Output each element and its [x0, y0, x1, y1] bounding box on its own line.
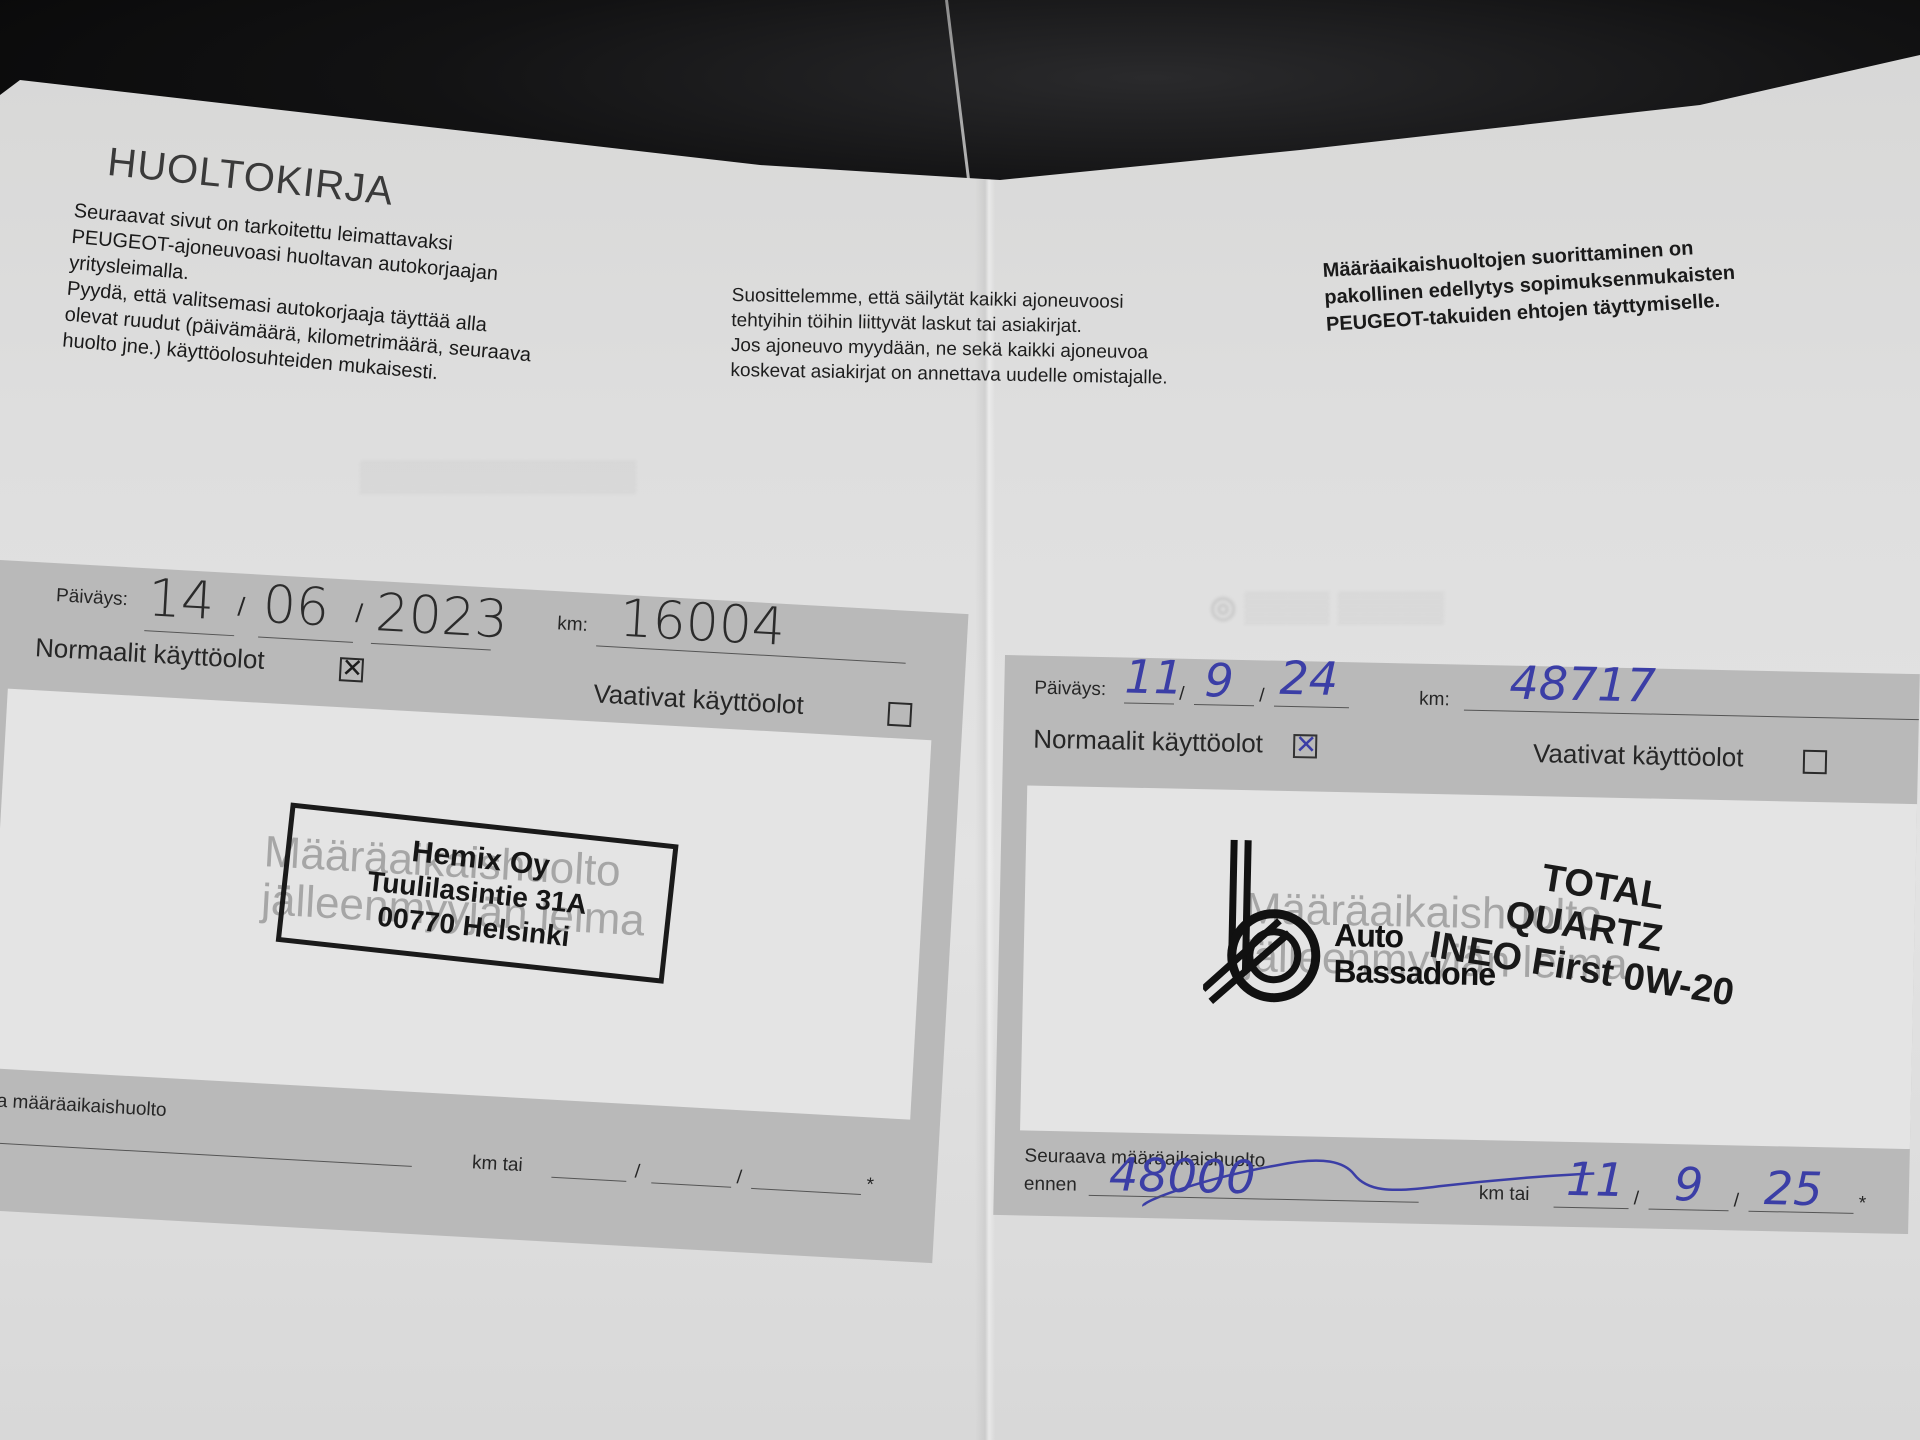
date-separator: /	[1634, 1188, 1640, 1210]
next-service-label: raava määräaikaishuolto	[0, 1089, 167, 1123]
intro-text-left: Seuraavat sivut on tarkoitettu leimattav…	[61, 198, 712, 409]
km-or-label: km tai	[471, 1152, 523, 1177]
next-service-km-value: 48000	[1109, 1147, 1256, 1204]
date-month-value: 06	[261, 575, 330, 639]
date-separator: /	[736, 1167, 743, 1189]
asterisk: *	[866, 1174, 875, 1196]
service-entry-2: Päiväys: 11 / 9 / 24 km: 48717 Normaalit…	[993, 655, 1920, 1234]
normal-conditions-checkbox[interactable]: ✕	[1293, 734, 1317, 758]
next-date-year-line	[751, 1188, 861, 1195]
demanding-conditions-checkbox[interactable]	[887, 702, 912, 727]
check-mark-icon: ✕	[1295, 731, 1317, 757]
date-year-line	[1274, 706, 1349, 709]
km-line	[1464, 710, 1919, 721]
bleed-through-stamp: ◎ ▒▒▒▒ ▒▒▒▒▒	[1210, 590, 1444, 625]
date-label: Päiväys:	[1034, 678, 1106, 701]
km-or-label: km tai	[1479, 1183, 1530, 1206]
date-separator: /	[634, 1161, 641, 1183]
next-date-month-line	[651, 1182, 731, 1187]
normal-conditions-label: Normaalit käyttöolot	[34, 632, 265, 676]
date-year-value: 24	[1279, 651, 1339, 706]
date-separator: /	[1259, 685, 1265, 707]
asterisk: *	[1858, 1193, 1866, 1215]
next-date-month-value: 9	[1674, 1157, 1704, 1212]
next-service-km-line	[0, 1143, 412, 1167]
intro-text-right: Määräaikaishuoltojen suorittaminen on pa…	[1322, 223, 1906, 339]
check-mark-icon: ✕	[341, 654, 364, 681]
date-label: Päiväys:	[55, 585, 128, 611]
next-date-year-value: 25	[1763, 1161, 1823, 1216]
service-entry-1: Päiväys: 14 / 06 / 2023 km: 16004 Normaa…	[0, 560, 968, 1263]
dealer-stamp-hemix: Hemix Oy Tuulilasintie 31A 00770 Helsink…	[276, 803, 679, 984]
before-label: ennen	[1024, 1174, 1077, 1197]
dealer-stamp-area: Määräaikaishuolto jälleenmyyjän leima Au…	[1020, 785, 1917, 1149]
date-year-value: 2023	[374, 583, 509, 650]
normal-conditions-label: Normaalit käyttöolot	[1033, 724, 1263, 760]
km-label: km:	[1419, 689, 1450, 712]
km-label: km:	[557, 613, 589, 637]
date-separator: /	[1179, 684, 1185, 706]
normal-conditions-checkbox[interactable]: ✕	[339, 657, 364, 682]
demanding-conditions-checkbox[interactable]	[1803, 750, 1827, 774]
auto-bassadone-logo-icon	[1203, 839, 1347, 1012]
date-day-value: 11	[1124, 650, 1184, 705]
left-page: HUOLTOKIRJA Seuraavat sivut on tarkoitet…	[0, 0, 980, 1440]
demanding-conditions-label: Vaativat käyttöolot	[1533, 738, 1744, 773]
right-page: Määräaikaishuoltojen suorittaminen on pa…	[990, 0, 1920, 1440]
service-booklet: HUOLTOKIRJA Seuraavat sivut on tarkoitet…	[0, 0, 1920, 1440]
km-value: 16004	[618, 589, 787, 658]
date-month-line	[258, 637, 353, 643]
date-separator: /	[1733, 1190, 1739, 1212]
next-date-day-line	[551, 1177, 626, 1182]
dealer-stamp-area: Määräaikaishuolto jälleenmyyjän leima He…	[0, 689, 931, 1120]
next-date-day-value: 11	[1566, 1152, 1626, 1207]
date-day-value: 14	[146, 568, 215, 632]
bleed-through-text: ▒▒▒▒▒▒▒▒▒▒▒▒▒	[360, 460, 636, 494]
date-separator: /	[237, 591, 246, 622]
date-month-value: 9	[1204, 653, 1234, 708]
demanding-conditions-label: Vaativat käyttöolot	[593, 678, 805, 721]
km-value: 48717	[1509, 656, 1656, 713]
date-separator: /	[355, 598, 364, 629]
date-day-line	[144, 630, 234, 636]
